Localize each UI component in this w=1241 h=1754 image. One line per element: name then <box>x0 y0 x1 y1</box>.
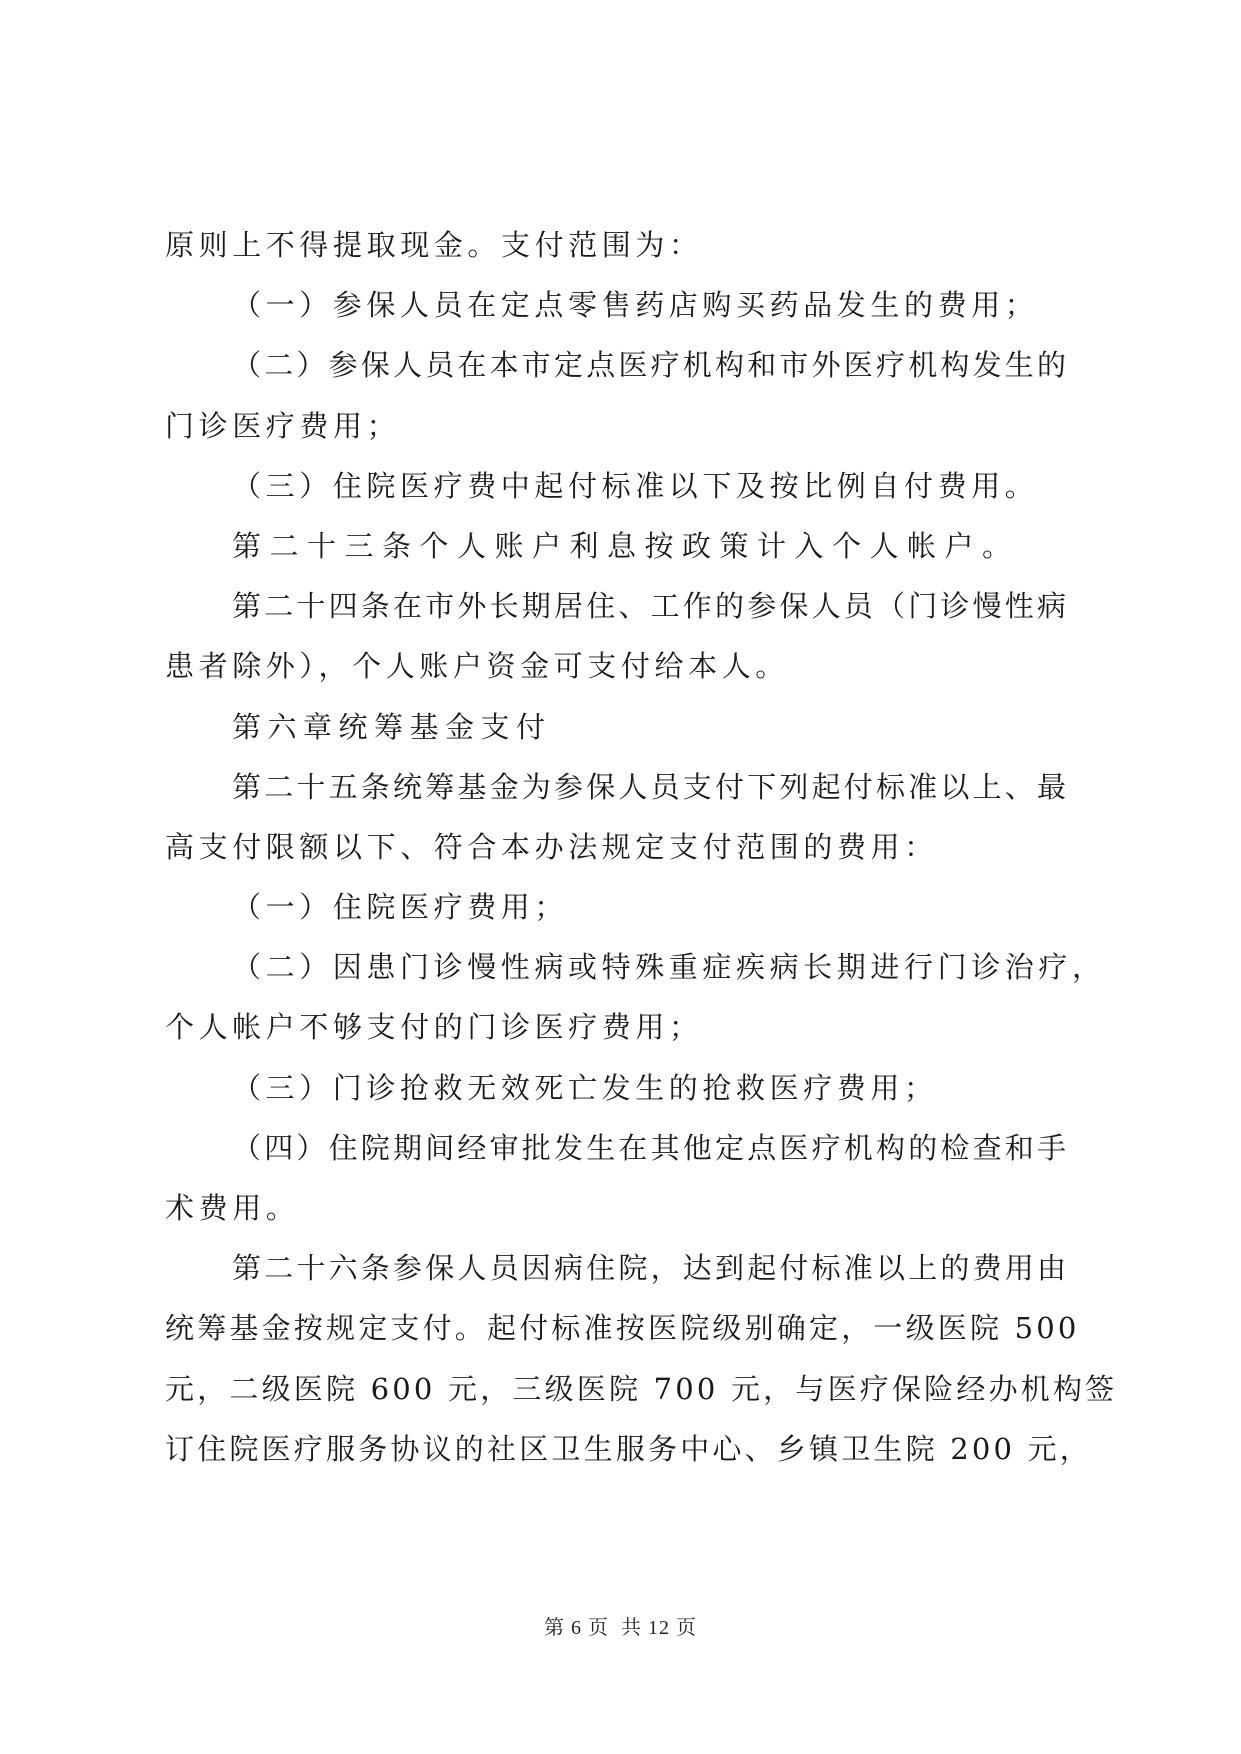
page-number: 第 6 页 <box>544 1617 609 1639</box>
body-line: 个人帐户不够支付的门诊医疗费用； <box>165 997 1083 1057</box>
body-line: 元，二级医院 600 元，三级医院 700 元，与医疗保险经办机构签 <box>165 1359 1083 1419</box>
chapter-heading: 第六章统筹基金支付 <box>165 697 1083 757</box>
body-line: 术费用。 <box>165 1178 1083 1238</box>
body-line: 患者除外），个人账户资金可支付给本人。 <box>165 636 1083 696</box>
list-item-2: （二）参保人员在本市定点医疗机构和市外医疗机构发生的 <box>165 335 1083 395</box>
body-line: 高支付限额以下、符合本办法规定支付范围的费用： <box>165 817 1083 877</box>
body-line: 原则上不得提取现金。支付范围为： <box>165 215 1083 275</box>
list-item-3: （三）门诊抢救无效死亡发生的抢救医疗费用； <box>165 1058 1083 1118</box>
body-line: 门诊医疗费用； <box>165 396 1083 456</box>
list-item-1: （一）住院医疗费用； <box>165 877 1083 937</box>
list-item-4: （四）住院期间经审批发生在其他定点医疗机构的检查和手 <box>165 1118 1083 1178</box>
document-page: 原则上不得提取现金。支付范围为： （一）参保人员在定点零售药店购买药品发生的费用… <box>0 0 1241 1754</box>
article-26: 第二十六条参保人员因病住院，达到起付标准以上的费用由 <box>165 1238 1083 1298</box>
article-24: 第二十四条在市外长期居住、工作的参保人员（门诊慢性病 <box>165 576 1083 636</box>
list-item-3: （三）住院医疗费中起付标准以下及按比例自付费用。 <box>165 456 1083 516</box>
page-footer: 第 6 页共 12 页 <box>0 1611 1241 1640</box>
list-item-1: （一）参保人员在定点零售药店购买药品发生的费用； <box>165 275 1083 335</box>
body-line: 统筹基金按规定支付。起付标准按医院级别确定，一级医院 500 <box>165 1298 1083 1358</box>
document-body: 原则上不得提取现金。支付范围为： （一）参保人员在定点零售药店购买药品发生的费用… <box>165 215 1083 1479</box>
list-item-2: （二）因患门诊慢性病或特殊重症疾病长期进行门诊治疗， <box>165 937 1083 997</box>
body-line: 订住院医疗服务协议的社区卫生服务中心、乡镇卫生院 200 元， <box>165 1419 1083 1479</box>
page-total: 共 12 页 <box>621 1617 697 1639</box>
article-25: 第二十五条统筹基金为参保人员支付下列起付标准以上、最 <box>165 757 1083 817</box>
article-23: 第二十三条个人账户利息按政策计入个人帐户。 <box>165 516 1083 576</box>
